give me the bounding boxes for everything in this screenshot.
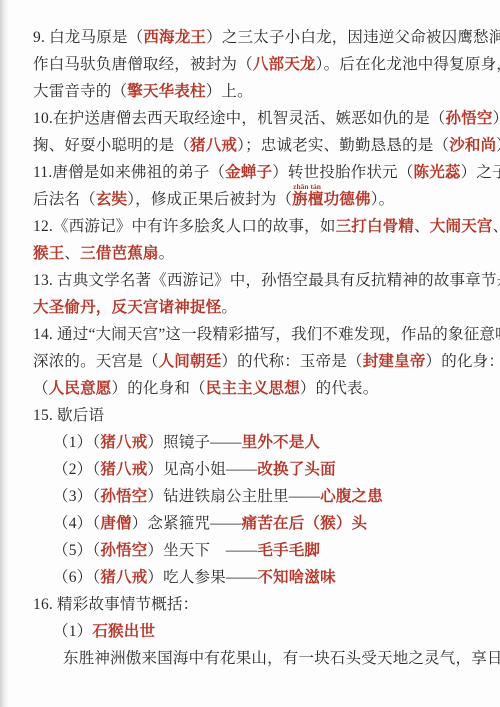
text-run: 功德佛 — [324, 191, 371, 208]
text-run: 。 — [159, 245, 175, 262]
text-run: （5）（ — [53, 542, 100, 559]
text-line-item-15-heading: 15. 歇后语 — [33, 402, 470, 429]
text-run: 唐僧 — [100, 515, 131, 532]
text-line-item-14-line-2: 深浓的。天宫是（人间朝廷）的代称：玉帝是（封建皇帝）的化身：孙悟空是 — [33, 348, 470, 375]
text-run-with-pinyin: zhān tán旃檀 — [292, 191, 323, 208]
text-run: ）的代称：玉帝是（ — [221, 353, 362, 370]
text-line-item-9-line-1: 9. 白龙马原是（西海龙王）之三太子小白龙，因违逆父命被囚鹰愁涧，后化 — [33, 24, 470, 51]
text-run: 封建皇帝 — [363, 353, 426, 370]
text-line-xiehouyu-4: （4）（唐僧）念紧箍咒——痛苦在后（猴）头 — [33, 510, 470, 537]
text-run: 、 — [414, 218, 430, 235]
text-run: 猪八戒 — [100, 461, 147, 478]
text-run: 掬、好耍小聪明的是（ — [33, 137, 190, 154]
scan-edge-shadow — [0, 0, 9, 707]
text-run: 八部天龙 — [253, 56, 316, 73]
text-run: （ — [33, 380, 49, 397]
text-run: ）之子，出家 — [461, 164, 500, 181]
text-run: 改换了头面 — [257, 461, 336, 478]
text-line-item-11-line-2: 后法名（玄奘），修成正果后被封为（zhān tán旃檀功德佛）。 — [33, 186, 470, 213]
text-run: 深浓的。天宫是（ — [33, 353, 159, 370]
text-run: ）；忠诚老实、勤勤恳恳的是（ — [237, 137, 449, 154]
text-line-item-11-line-1: 11.唐僧是如来佛祖的弟子（金蝉子）转世投胎作状元（陈光蕊）之子，出家 — [33, 159, 470, 186]
text-run: 金蝉子 — [225, 164, 272, 181]
text-run: 三打白骨精 — [336, 218, 415, 235]
text-run: 西海龙王 — [143, 29, 206, 46]
text-run: （1） — [53, 623, 92, 640]
text-run: 9. 白龙马原是（ — [33, 29, 143, 46]
text-run: 后法名（ — [33, 191, 96, 208]
text-run: 大圣偷丹，反天宫诸神捉怪 — [33, 299, 221, 316]
text-run: 毛手毛脚 — [257, 542, 320, 559]
text-run: 、 — [64, 245, 80, 262]
text-run: （1）（ — [53, 434, 100, 451]
text-run: 不知啥滋味 — [257, 569, 336, 586]
text-run: ）。 — [371, 191, 395, 208]
text-run: 三借芭蕉扇 — [80, 245, 159, 262]
text-line-xiehouyu-3: （3）（孙悟空）钻进铁扇公主肚里——心腹之患 — [33, 483, 470, 510]
text-run: 作白马驮负唐僧取经，被封为（ — [33, 56, 253, 73]
text-run: ）见高小姐—— — [147, 461, 257, 478]
text-run: 心腹之患 — [320, 488, 383, 505]
text-run: 猴王 — [33, 245, 64, 262]
text-run: 15. 歇后语 — [33, 407, 104, 424]
text-line-xiehouyu-6: （6）（猪八戒）吃人参果——不知啥滋味 — [33, 564, 470, 591]
text-run: 沙和尚 — [449, 137, 496, 154]
text-run: 石猴出世 — [92, 623, 155, 640]
text-run: ）坐天下 —— — [147, 542, 257, 559]
text-line-item-9-line-2: 作白马驮负唐僧取经，被封为（八部天龙）。后在化龙池中得复原身，盘绕在 — [33, 51, 470, 78]
text-line-item-10-line-1: 10.在护送唐僧去西天取经途中，机智灵活、嫉恶如仇的是（孙悟空）；憨态可 — [33, 105, 470, 132]
text-run: 人间朝廷 — [159, 353, 222, 370]
text-run: 东胜神洲傲来国海中有花果山，有一块石头受天地之灵气，享日月之精华， — [63, 650, 500, 667]
text-run: 猪八戒 — [100, 569, 147, 586]
text-run: （4）（ — [53, 515, 100, 532]
text-run: 猪八戒 — [100, 434, 147, 451]
text-line-xiehouyu-5: （5）（孙悟空）坐天下 ——毛手毛脚 — [33, 537, 470, 564]
text-line-item-16-heading: 16. 精彩故事情节概括： — [33, 591, 470, 618]
text-run: 里外不是人 — [242, 434, 321, 451]
text-run: 孙悟空 — [445, 110, 492, 127]
text-run: ）念紧箍咒—— — [132, 515, 242, 532]
text-line-story-1-body: 东胜神洲傲来国海中有花果山，有一块石头受天地之灵气，享日月之精华， — [33, 645, 470, 672]
text-run: 10.在护送唐僧去西天取经途中，机智灵活、嫉恶如仇的是（ — [33, 110, 445, 127]
text-run: 14. 通过“大闹天宫”这一段精彩描写，我们不难发现，作品的象征意味是很 — [33, 326, 500, 343]
text-run: ）的化身和（ — [112, 380, 206, 397]
text-run: 民主主义思想 — [206, 380, 300, 397]
pinyin-annotation: zhān tán — [293, 183, 321, 191]
text-run: ）；憨态可 — [493, 110, 500, 127]
text-line-item-14-line-3: （人民意愿）的化身和（民主主义思想）的代表。 — [33, 375, 470, 402]
text-line-item-10-line-2: 掬、好耍小聪明的是（猪八戒）；忠诚老实、勤勤恳恳的是（沙和尚）。 — [33, 132, 470, 159]
text-run: （3）（ — [53, 488, 100, 505]
text-run: ），修成正果后被封为（ — [127, 191, 292, 208]
text-run: ）钻进铁扇公主肚里—— — [147, 488, 320, 505]
text-run: 16. 精彩故事情节概括： — [33, 596, 198, 613]
text-run: ）照镜子—— — [147, 434, 241, 451]
text-run: ）之三太子小白龙，因违逆父命被囚鹰愁涧，后化 — [206, 29, 500, 46]
text-run: 11.唐僧是如来佛祖的弟子（ — [33, 164, 225, 181]
text-run: 13. 古典文学名著《西游记》中，孙悟空最具有反抗精神的故事章节是： — [33, 272, 500, 289]
text-line-item-14-line-1: 14. 通过“大闹天宫”这一段精彩描写，我们不难发现，作品的象征意味是很 — [33, 321, 470, 348]
text-run: 、真 — [493, 218, 500, 235]
text-run: 擎天华表柱 — [127, 83, 206, 100]
text-line-xiehouyu-1: （1）（猪八戒）照镜子——里外不是人 — [33, 429, 470, 456]
text-run: 大闹天宫 — [430, 218, 493, 235]
text-run: ）转世投胎作状元（ — [272, 164, 413, 181]
text-run: 陈光蕊 — [414, 164, 461, 181]
text-line-story-1-title: （1）石猴出世 — [33, 618, 470, 645]
document-content: 9. 白龙马原是（西海龙王）之三太子小白龙，因违逆父命被囚鹰愁涧，后化作白马驮负… — [33, 24, 470, 672]
text-run: ）的化身：孙悟空是 — [426, 353, 500, 370]
text-run: ）上。 — [206, 83, 253, 100]
text-run: ）。 — [496, 137, 500, 154]
text-run: ）的代表。 — [300, 380, 379, 397]
text-run: 孙悟空 — [100, 542, 147, 559]
text-line-xiehouyu-2: （2）（猪八戒）见高小姐——改换了头面 — [33, 456, 470, 483]
text-line-item-13-line-2: 大圣偷丹，反天宫诸神捉怪。 — [33, 294, 470, 321]
text-run: ）。后在化龙池中得复原身，盘绕在 — [316, 56, 500, 73]
text-run: 猪八戒 — [190, 137, 237, 154]
text-run: 。 — [221, 299, 237, 316]
text-run: （2）（ — [53, 461, 100, 478]
text-line-item-9-line-3: 大雷音寺的（擎天华表柱）上。 — [33, 78, 470, 105]
text-run: 人民意愿 — [49, 380, 112, 397]
text-run: （6）（ — [53, 569, 100, 586]
text-run: 痛苦在后（猴）头 — [242, 515, 368, 532]
text-run: 大雷音寺的（ — [33, 83, 127, 100]
text-line-item-12-line-1: 12.《西游记》中有许多脍炙人口的故事，如三打白骨精、大闹天宫、真假美 — [33, 213, 470, 240]
text-line-item-12-line-2: 猴王、三借芭蕉扇。 — [33, 240, 470, 267]
text-run: 12.《西游记》中有许多脍炙人口的故事，如 — [33, 218, 336, 235]
text-run: 孙悟空 — [100, 488, 147, 505]
text-run: ）吃人参果—— — [147, 569, 257, 586]
document-page: 9. 白龙马原是（西海龙王）之三太子小白龙，因违逆父命被囚鹰愁涧，后化作白马驮负… — [0, 0, 500, 707]
text-line-item-13-line-1: 13. 古典文学名著《西游记》中，孙悟空最具有反抗精神的故事章节是：乱蟠桃 — [33, 267, 470, 294]
text-run: 玄奘 — [96, 191, 127, 208]
